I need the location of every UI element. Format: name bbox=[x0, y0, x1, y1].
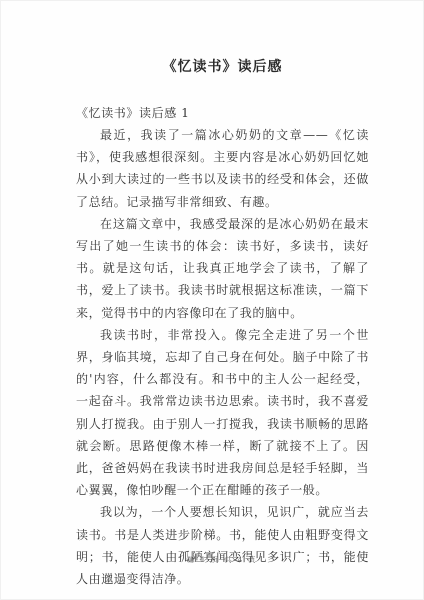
paragraph: 在这篇文章中，我感受最深的是冰心奶奶在最末写出了她一生读书的体会：读书好，多读书… bbox=[76, 213, 369, 324]
section-heading: 《忆读书》读后感 1 bbox=[76, 102, 369, 124]
page-number-footer: 第 1 页 共 4 页 bbox=[76, 555, 369, 565]
document-title: 《忆读书》读后感 bbox=[76, 57, 369, 77]
paragraph: 我以为，一个人要想长知识，见识广，就应当去读书。书是人类进步阶梯。书，能使人由粗… bbox=[76, 501, 369, 590]
document-page: 《忆读书》读后感 《忆读书》读后感 1 最近，我读了一篇冰心奶奶的文章——《忆读… bbox=[0, 0, 424, 600]
paragraph: 我读书时，非常投入。像完全走进了另一个世界，身临其境，忘却了自己身在何处。脑子中… bbox=[76, 324, 369, 502]
paragraph: 最近，我读了一篇冰心奶奶的文章——《忆读书》，使我感想很深刻。主要内容是冰心奶奶… bbox=[76, 124, 369, 213]
document-body: 最近，我读了一篇冰心奶奶的文章——《忆读书》，使我感想很深刻。主要内容是冰心奶奶… bbox=[76, 124, 369, 590]
